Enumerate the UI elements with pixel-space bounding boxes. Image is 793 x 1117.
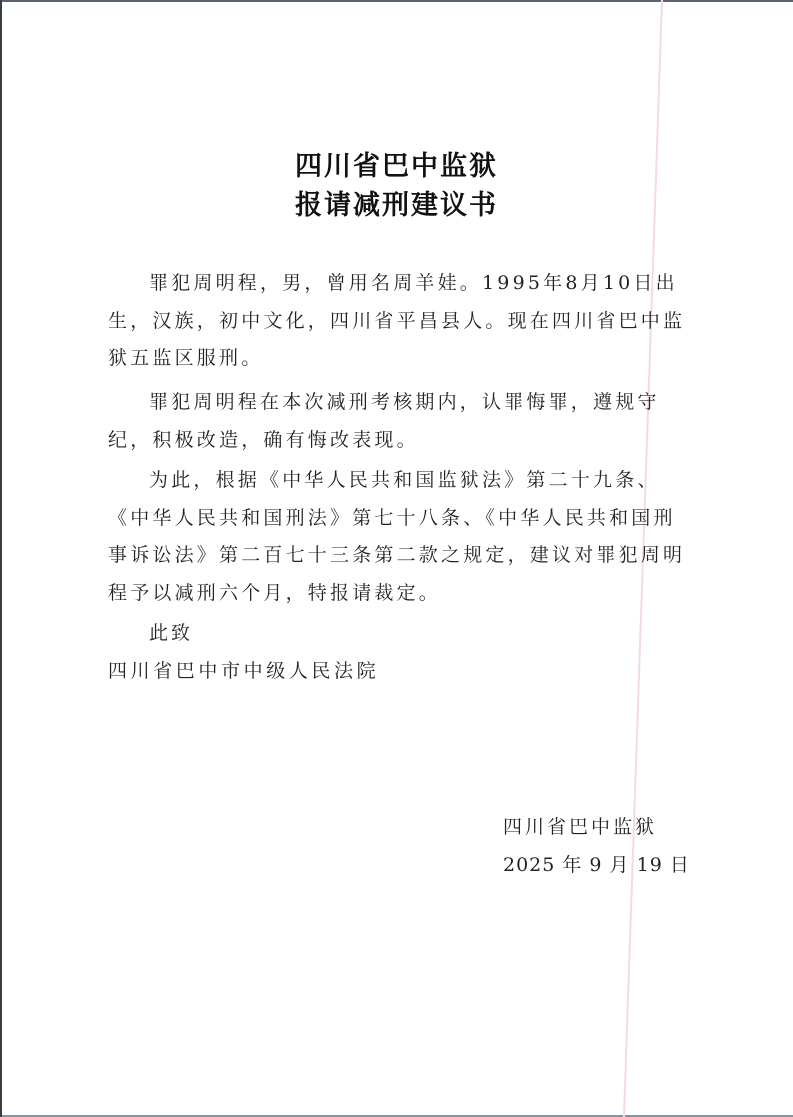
paragraph-text: 罪犯周明程在本次减刑考核期内，认罪悔罪，遵规守纪，积极改造，确有悔改表现。 <box>108 384 690 459</box>
scan-edge-top <box>0 0 793 2</box>
paragraph-text: 罪犯周明程，男，曾用名周羊娃。1995年8月10日出生，汉族，初中文化，四川省平… <box>108 265 690 378</box>
paragraph-performance: 罪犯周明程在本次减刑考核期内，认罪悔罪，遵规守纪，积极改造，确有悔改表现。 <box>108 384 690 459</box>
document-title-line-1: 四川省巴中监狱 <box>0 144 793 183</box>
document-title-line-2: 报请减刑建议书 <box>0 183 793 222</box>
paragraph-legal-basis: 为此，根据《中华人民共和国监狱法》第二十九条、《中华人民共和国刑法》第七十八条、… <box>108 462 690 612</box>
salutation: 此致 <box>149 618 193 645</box>
signature-date: 2025 年 9 月 19 日 <box>503 850 690 877</box>
paragraph-criminal-info: 罪犯周明程，男，曾用名周羊娃。1995年8月10日出生，汉族，初中文化，四川省平… <box>108 265 690 378</box>
paragraph-text: 为此，根据《中华人民共和国监狱法》第二十九条、《中华人民共和国刑法》第七十八条、… <box>108 462 690 612</box>
signature-organization: 四川省巴中监狱 <box>503 812 657 839</box>
addressee: 四川省巴中市中级人民法院 <box>108 656 379 683</box>
